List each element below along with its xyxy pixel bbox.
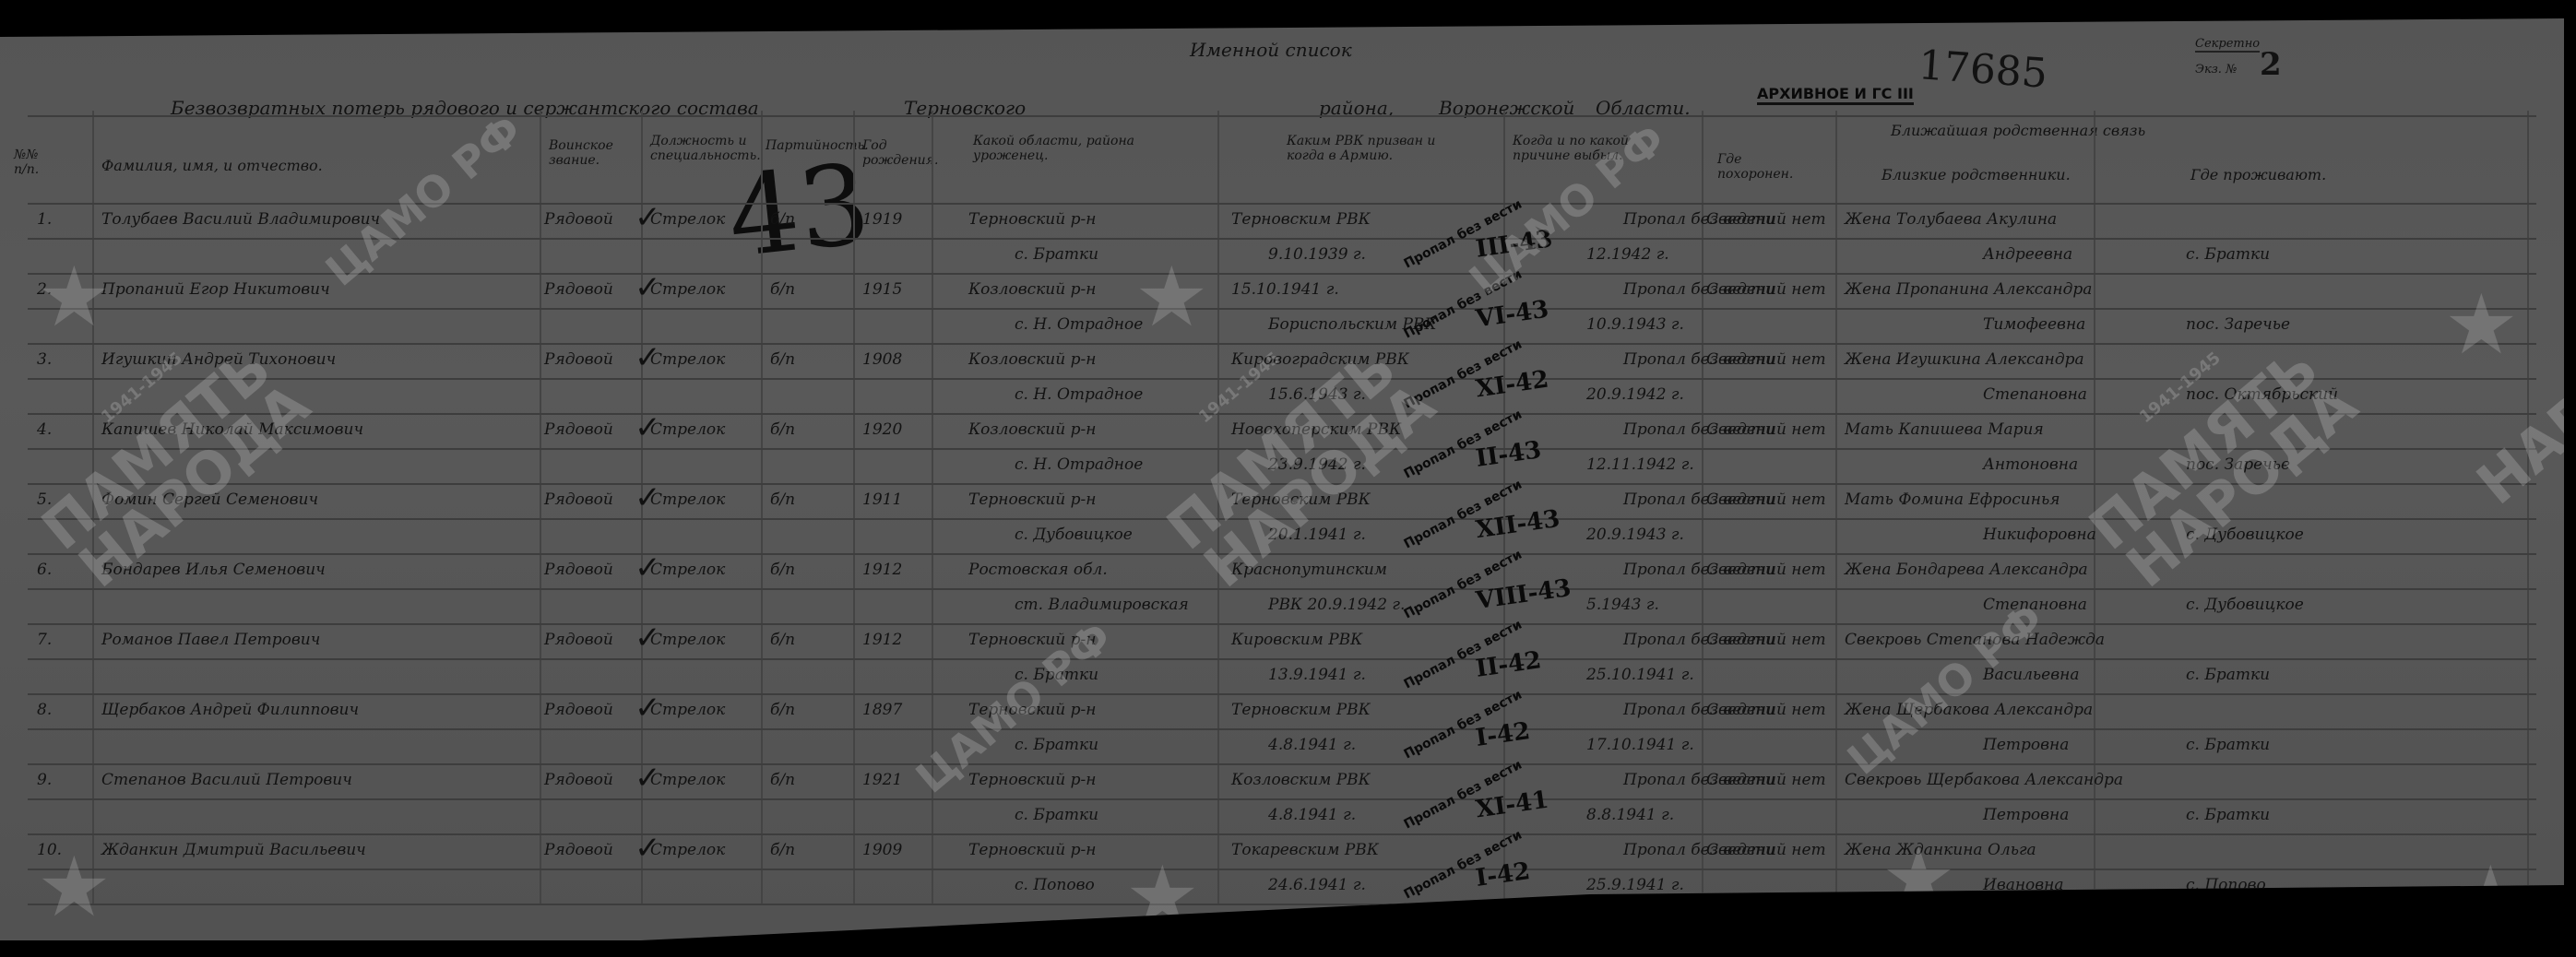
- birthplace-village: с. Н. Отрадное: [1015, 455, 1143, 474]
- soldier-rank: Рядовой: [544, 771, 613, 789]
- relative-name: Мать Капишева Мария: [1845, 420, 2044, 439]
- watermark-star-icon: ★: [1134, 249, 1209, 346]
- checkmark-icon: ✓: [635, 690, 661, 727]
- loss-date: 12.11.1942 г.: [1586, 455, 1694, 474]
- grid-column-rule: [1835, 111, 1837, 904]
- soldier-name: Степанов Василий Петрович: [101, 771, 352, 789]
- relative-name: Жена Жданкина Ольга: [1845, 841, 2036, 859]
- soldier-party: б/п: [770, 420, 795, 439]
- relative-address: пос. Заречье: [2186, 315, 2290, 334]
- relative-patronymic: Васильевна: [1983, 666, 2079, 684]
- birth-year: 1915: [862, 280, 902, 299]
- conscription-office: Токаревским РВК: [1231, 841, 1379, 859]
- birth-year: 1919: [862, 210, 902, 229]
- grid-row-rule: [28, 518, 2536, 520]
- period-mark: XI-41: [1474, 786, 1550, 824]
- watermark-star-icon: ★: [2444, 277, 2519, 373]
- loss-date: 10.9.1943 г.: [1586, 315, 1684, 334]
- period-mark: II-43: [1474, 436, 1543, 473]
- soldier-rank: Рядовой: [544, 350, 613, 369]
- conscription-date: 4.8.1941 г.: [1268, 806, 1356, 824]
- conscription-office: Кировским РВК: [1231, 631, 1362, 649]
- grid-row-rule: [28, 693, 2536, 695]
- grid-column-rule: [853, 111, 855, 904]
- soldier-party: б/п: [770, 561, 795, 579]
- ledger-sheet: Именной список Безвозвратных потерь рядо…: [0, 18, 2564, 940]
- col-header-birth-year: Год рождения.: [862, 138, 918, 168]
- birthplace-district: Козловский р-н: [968, 350, 1096, 369]
- grid-row-rule: [28, 343, 2536, 345]
- soldier-party: б/п: [770, 631, 795, 649]
- secret-label: Секретно: [2195, 37, 2260, 53]
- period-mark: VI-43: [1474, 296, 1550, 334]
- burial-place: Сведений нет: [1706, 280, 1826, 299]
- loss-date: 25.9.1941 г.: [1586, 876, 1684, 894]
- burial-place: Сведений нет: [1706, 841, 1826, 859]
- checkmark-icon: ✓: [635, 339, 661, 376]
- archive-header-stamp: АРХИВНОЕ И ГС III: [1757, 85, 1914, 105]
- row-number: 1.: [37, 210, 52, 229]
- grid-column-rule: [2527, 111, 2529, 904]
- soldier-position: Стрелок: [650, 561, 725, 579]
- soldier-party: б/п: [770, 841, 795, 859]
- burial-place: Сведений нет: [1706, 350, 1826, 369]
- soldier-name: Капишев Николай Максимович: [101, 420, 363, 439]
- grid-row-rule: [28, 378, 2536, 380]
- birthplace-village: с. Братки: [1015, 666, 1098, 684]
- period-mark: XI-42: [1474, 366, 1550, 404]
- watermark-project: НАРОДА: [2114, 371, 2370, 601]
- col-header-where-buried: Где похоронен.: [1717, 152, 1791, 182]
- soldier-name: Бондарев Илья Семенович: [101, 561, 326, 579]
- loss-date: 20.9.1942 г.: [1586, 385, 1684, 404]
- relative-address: с. Дубовицкое: [2186, 596, 2304, 614]
- birthplace-village: с. Попово: [1015, 876, 1095, 894]
- loss-date: 12.1942 г.: [1586, 245, 1669, 264]
- conscription-date: РВК 20.9.1942 г.: [1268, 596, 1405, 614]
- soldier-name: Щербаков Андрей Филиппович: [101, 701, 359, 719]
- soldier-party: б/п: [770, 701, 795, 719]
- relative-address: с. Братки: [2186, 245, 2270, 264]
- soldier-rank: Рядовой: [544, 631, 613, 649]
- burial-place: Сведений нет: [1706, 210, 1826, 229]
- row-number: 2.: [37, 280, 52, 299]
- conscription-date: 13.9.1941 г.: [1268, 666, 1366, 684]
- row-number: 9.: [37, 771, 52, 789]
- checkmark-icon: ✓: [635, 830, 661, 867]
- relative-name: Жена Бондарева Александра: [1845, 561, 2088, 579]
- relative-name: Жена Щербакова Александра: [1845, 701, 2093, 719]
- birthplace-district: Козловский р-н: [968, 280, 1096, 299]
- loss-date: 8.8.1941 г.: [1586, 806, 1674, 824]
- watermark-archive: ЦАМО РФ: [1838, 593, 2053, 785]
- soldier-position: Стрелок: [650, 420, 725, 439]
- checkmark-icon: ✓: [635, 549, 661, 586]
- checkmark-icon: ✓: [635, 479, 661, 516]
- copy-label: Экз. №: [2195, 63, 2237, 77]
- birthplace-village: с. Н. Отрадное: [1015, 385, 1143, 404]
- conscription-office: Терновским РВК: [1231, 490, 1371, 509]
- birthplace-district: Терновский р-н: [968, 631, 1096, 649]
- birthplace-village: с. Братки: [1015, 806, 1098, 824]
- grid-row-rule: [28, 798, 2536, 800]
- soldier-party: б/п: [770, 771, 795, 789]
- col-header-name: Фамилия, имя, и отчество.: [101, 157, 323, 174]
- relative-address: с. Дубовицкое: [2186, 526, 2304, 544]
- watermark-star-icon: ★: [2453, 848, 2528, 945]
- grid-row-rule: [28, 658, 2536, 660]
- grid-column-rule: [1217, 111, 1219, 904]
- soldier-position: Стрелок: [650, 350, 725, 369]
- birthplace-district: Терновский р-н: [968, 490, 1096, 509]
- copy-number: 2: [2260, 46, 2282, 83]
- relative-name: Жена Толубаева Акулина: [1845, 210, 2057, 229]
- loss-date: 5.1943 г.: [1586, 596, 1659, 614]
- grid-row-rule: [28, 904, 2536, 905]
- grid-row-rule: [28, 728, 2536, 730]
- relative-patronymic: Степановна: [1983, 596, 2087, 614]
- grid-row-rule: [28, 833, 2536, 835]
- row-number: 3.: [37, 350, 52, 369]
- relative-name: Жена Пропанина Александра: [1845, 280, 2092, 299]
- soldier-party: б/п: [770, 210, 795, 229]
- period-mark: I-42: [1474, 857, 1532, 892]
- conscription-date: 15.6.1943 г.: [1268, 385, 1366, 404]
- birth-year: 1920: [862, 420, 902, 439]
- birth-year: 1908: [862, 350, 902, 369]
- soldier-rank: Рядовой: [544, 210, 613, 229]
- col-header-birthplace: Какой области, района уроженец.: [973, 134, 1157, 163]
- grid-row-rule: [28, 763, 2536, 765]
- burial-place: Сведений нет: [1706, 771, 1826, 789]
- relative-address: с. Братки: [2186, 806, 2270, 824]
- conscription-date: 4.8.1941 г.: [1268, 736, 1356, 754]
- col-header-relatives: Близкие родственники.: [1882, 166, 2071, 183]
- row-number: 5.: [37, 490, 52, 509]
- period-mark: XII-43: [1474, 505, 1561, 544]
- birthplace-village: ст. Владимировская: [1015, 596, 1189, 614]
- birth-year: 1912: [862, 561, 902, 579]
- relative-patronymic: Степановна: [1983, 385, 2087, 404]
- watermark-star-icon: ★: [1125, 848, 1200, 945]
- row-number: 6.: [37, 561, 52, 579]
- period-mark: II-42: [1474, 646, 1543, 683]
- col-header-address: Где проживают.: [2190, 166, 2326, 183]
- birth-year: 1912: [862, 631, 902, 649]
- document-viewer: Именной список Безвозвратных потерь рядо…: [0, 0, 2576, 957]
- col-header-relatives-group: Ближайшая родственная связь: [1891, 122, 2145, 139]
- soldier-rank: Рядовой: [544, 561, 613, 579]
- period-mark: VIII-43: [1474, 574, 1573, 615]
- archive-number: 17685: [1917, 41, 2048, 98]
- birth-year: 1909: [862, 841, 902, 859]
- grid-row-rule: [28, 868, 2536, 870]
- soldier-party: б/п: [770, 280, 795, 299]
- row-number: 4.: [37, 420, 52, 439]
- soldier-name: Игушкин Андрей Тихонович: [101, 350, 336, 369]
- grid-row-rule: [28, 308, 2536, 310]
- relative-address: пос. Заречье: [2186, 455, 2290, 474]
- loss-date: 25.10.1941 г.: [1586, 666, 1694, 684]
- soldier-position: Стрелок: [650, 841, 725, 859]
- grid-column-rule: [92, 111, 94, 904]
- birthplace-village: с. Братки: [1015, 245, 1098, 264]
- grid-row-rule: [28, 448, 2536, 450]
- col-header-position: Должность и специальность.: [650, 134, 752, 163]
- soldier-party: б/п: [770, 490, 795, 509]
- soldier-party: б/п: [770, 350, 795, 369]
- relative-patronymic: Петровна: [1983, 736, 2069, 754]
- grid-row-rule: [28, 553, 2536, 555]
- soldier-position: Стрелок: [650, 631, 725, 649]
- checkmark-icon: ✓: [635, 199, 661, 236]
- relative-name: Свекровь Щербакова Александра: [1845, 771, 2123, 789]
- burial-place: Сведений нет: [1706, 490, 1826, 509]
- relative-patronymic: Петровна: [1983, 806, 2069, 824]
- document-title: Именной список: [1190, 39, 1352, 61]
- soldier-rank: Рядовой: [544, 490, 613, 509]
- conscription-office: 15.10.1941 г.: [1231, 280, 1339, 299]
- grid-row-rule: [28, 623, 2536, 625]
- birthplace-village: с. Братки: [1015, 736, 1098, 754]
- grid-column-rule: [1503, 111, 1505, 904]
- relative-address: пос. Октябрьский: [2186, 385, 2338, 404]
- row-number: 10.: [37, 841, 62, 859]
- relative-patronymic: Андреевна: [1983, 245, 2072, 264]
- birthplace-district: Козловский р-н: [968, 420, 1096, 439]
- birthplace-district: Терновский р-н: [968, 701, 1096, 719]
- soldier-position: Стрелок: [650, 490, 725, 509]
- burial-place: Сведений нет: [1706, 561, 1826, 579]
- soldier-rank: Рядовой: [544, 280, 613, 299]
- watermark-archive: ЦАМО РФ: [316, 104, 531, 296]
- grid-row-rule: [28, 588, 2536, 590]
- grid-row-rule: [28, 483, 2536, 485]
- soldier-name: Толубаев Василий Владимирович: [101, 210, 380, 229]
- grid-row-rule: [28, 273, 2536, 275]
- checkmark-icon: ✓: [635, 269, 661, 306]
- relative-address: с. Братки: [2186, 666, 2270, 684]
- col-header-when-why: Когда и по какой причине выбыл.: [1513, 134, 1632, 163]
- conscription-date: 24.6.1941 г.: [1268, 876, 1366, 894]
- conscription-date: 9.10.1939 г.: [1268, 245, 1366, 264]
- soldier-position: Стрелок: [650, 280, 725, 299]
- soldier-rank: Рядовой: [544, 420, 613, 439]
- conscription-office: Козловским РВК: [1231, 771, 1371, 789]
- soldier-rank: Рядовой: [544, 841, 613, 859]
- grid-column-rule: [932, 111, 933, 904]
- soldier-rank: Рядовой: [544, 701, 613, 719]
- soldier-name: Жданкин Дмитрий Васильевич: [101, 841, 366, 859]
- conscription-office: Краснопутинским: [1231, 561, 1387, 579]
- birth-year: 1897: [862, 701, 902, 719]
- checkmark-icon: ✓: [635, 620, 661, 656]
- conscription-date: 20.1.1941 г.: [1268, 526, 1366, 544]
- soldier-position: Стрелок: [650, 210, 725, 229]
- conscription-office: Терновским РВК: [1231, 701, 1371, 719]
- relative-name: Жена Игушкина Александра: [1845, 350, 2084, 369]
- birthplace-district: Терновский р-н: [968, 771, 1096, 789]
- relative-patronymic: Антоновна: [1983, 455, 2078, 474]
- checkmark-icon: ✓: [635, 760, 661, 797]
- loss-date: 20.9.1943 г.: [1586, 526, 1684, 544]
- relative-patronymic: Ивановна: [1983, 876, 2064, 894]
- relative-patronymic: Тимофеевна: [1983, 315, 2085, 334]
- col-header-num: №№ п/п.: [14, 148, 51, 177]
- period-mark: III-43: [1474, 225, 1554, 263]
- conscription-office: Новохоперским РВК: [1231, 420, 1401, 439]
- grid-column-rule: [761, 111, 763, 904]
- conscription-office: Кировоградским РВК: [1231, 350, 1409, 369]
- soldier-position: Стрелок: [650, 701, 725, 719]
- col-header-conscripted: Каким РВК призван и когда в Армию.: [1287, 134, 1471, 163]
- birthplace-district: Ростовская обл.: [968, 561, 1108, 579]
- col-header-party: Партийность.: [766, 138, 830, 153]
- relative-patronymic: Никифоровна: [1983, 526, 2096, 544]
- soldier-name: Фомин Сергей Семенович: [101, 490, 318, 509]
- soldier-name: Романов Павел Петрович: [101, 631, 320, 649]
- burial-place: Сведений нет: [1706, 701, 1826, 719]
- birthplace-village: с. Дубовицкое: [1015, 526, 1133, 544]
- burial-place: Сведений нет: [1706, 420, 1826, 439]
- relative-name: Мать Фомина Ефросинья: [1845, 490, 2060, 509]
- grid-row-rule: [28, 203, 2536, 205]
- burial-place: Сведений нет: [1706, 631, 1826, 649]
- relative-address: с. Попово: [2186, 876, 2266, 894]
- grid-row-rule: [28, 115, 2536, 117]
- checkmark-icon: ✓: [635, 409, 661, 446]
- relative-address: с. Братки: [2186, 736, 2270, 754]
- conscription-office: Терновским РВК: [1231, 210, 1371, 229]
- birth-year: 1911: [862, 490, 902, 509]
- period-mark: I-42: [1474, 717, 1532, 752]
- birth-year: 1921: [862, 771, 902, 789]
- birthplace-district: Терновский р-н: [968, 841, 1096, 859]
- soldier-name: Пропаний Егор Никитович: [101, 280, 330, 299]
- grid-column-rule: [540, 111, 541, 904]
- soldier-position: Стрелок: [650, 771, 725, 789]
- birthplace-village: с. Н. Отрадное: [1015, 315, 1143, 334]
- conscription-date: 23.9.1942 г.: [1268, 455, 1366, 474]
- loss-date: 17.10.1941 г.: [1586, 736, 1694, 754]
- row-number: 8.: [37, 701, 52, 719]
- grid-row-rule: [28, 238, 2536, 240]
- grid-row-rule: [28, 413, 2536, 415]
- col-header-rank: Воинское звание.: [549, 138, 623, 168]
- row-number: 7.: [37, 631, 52, 649]
- relative-name: Свекровь Степанова Надежда: [1845, 631, 2105, 649]
- birthplace-district: Терновский р-н: [968, 210, 1096, 229]
